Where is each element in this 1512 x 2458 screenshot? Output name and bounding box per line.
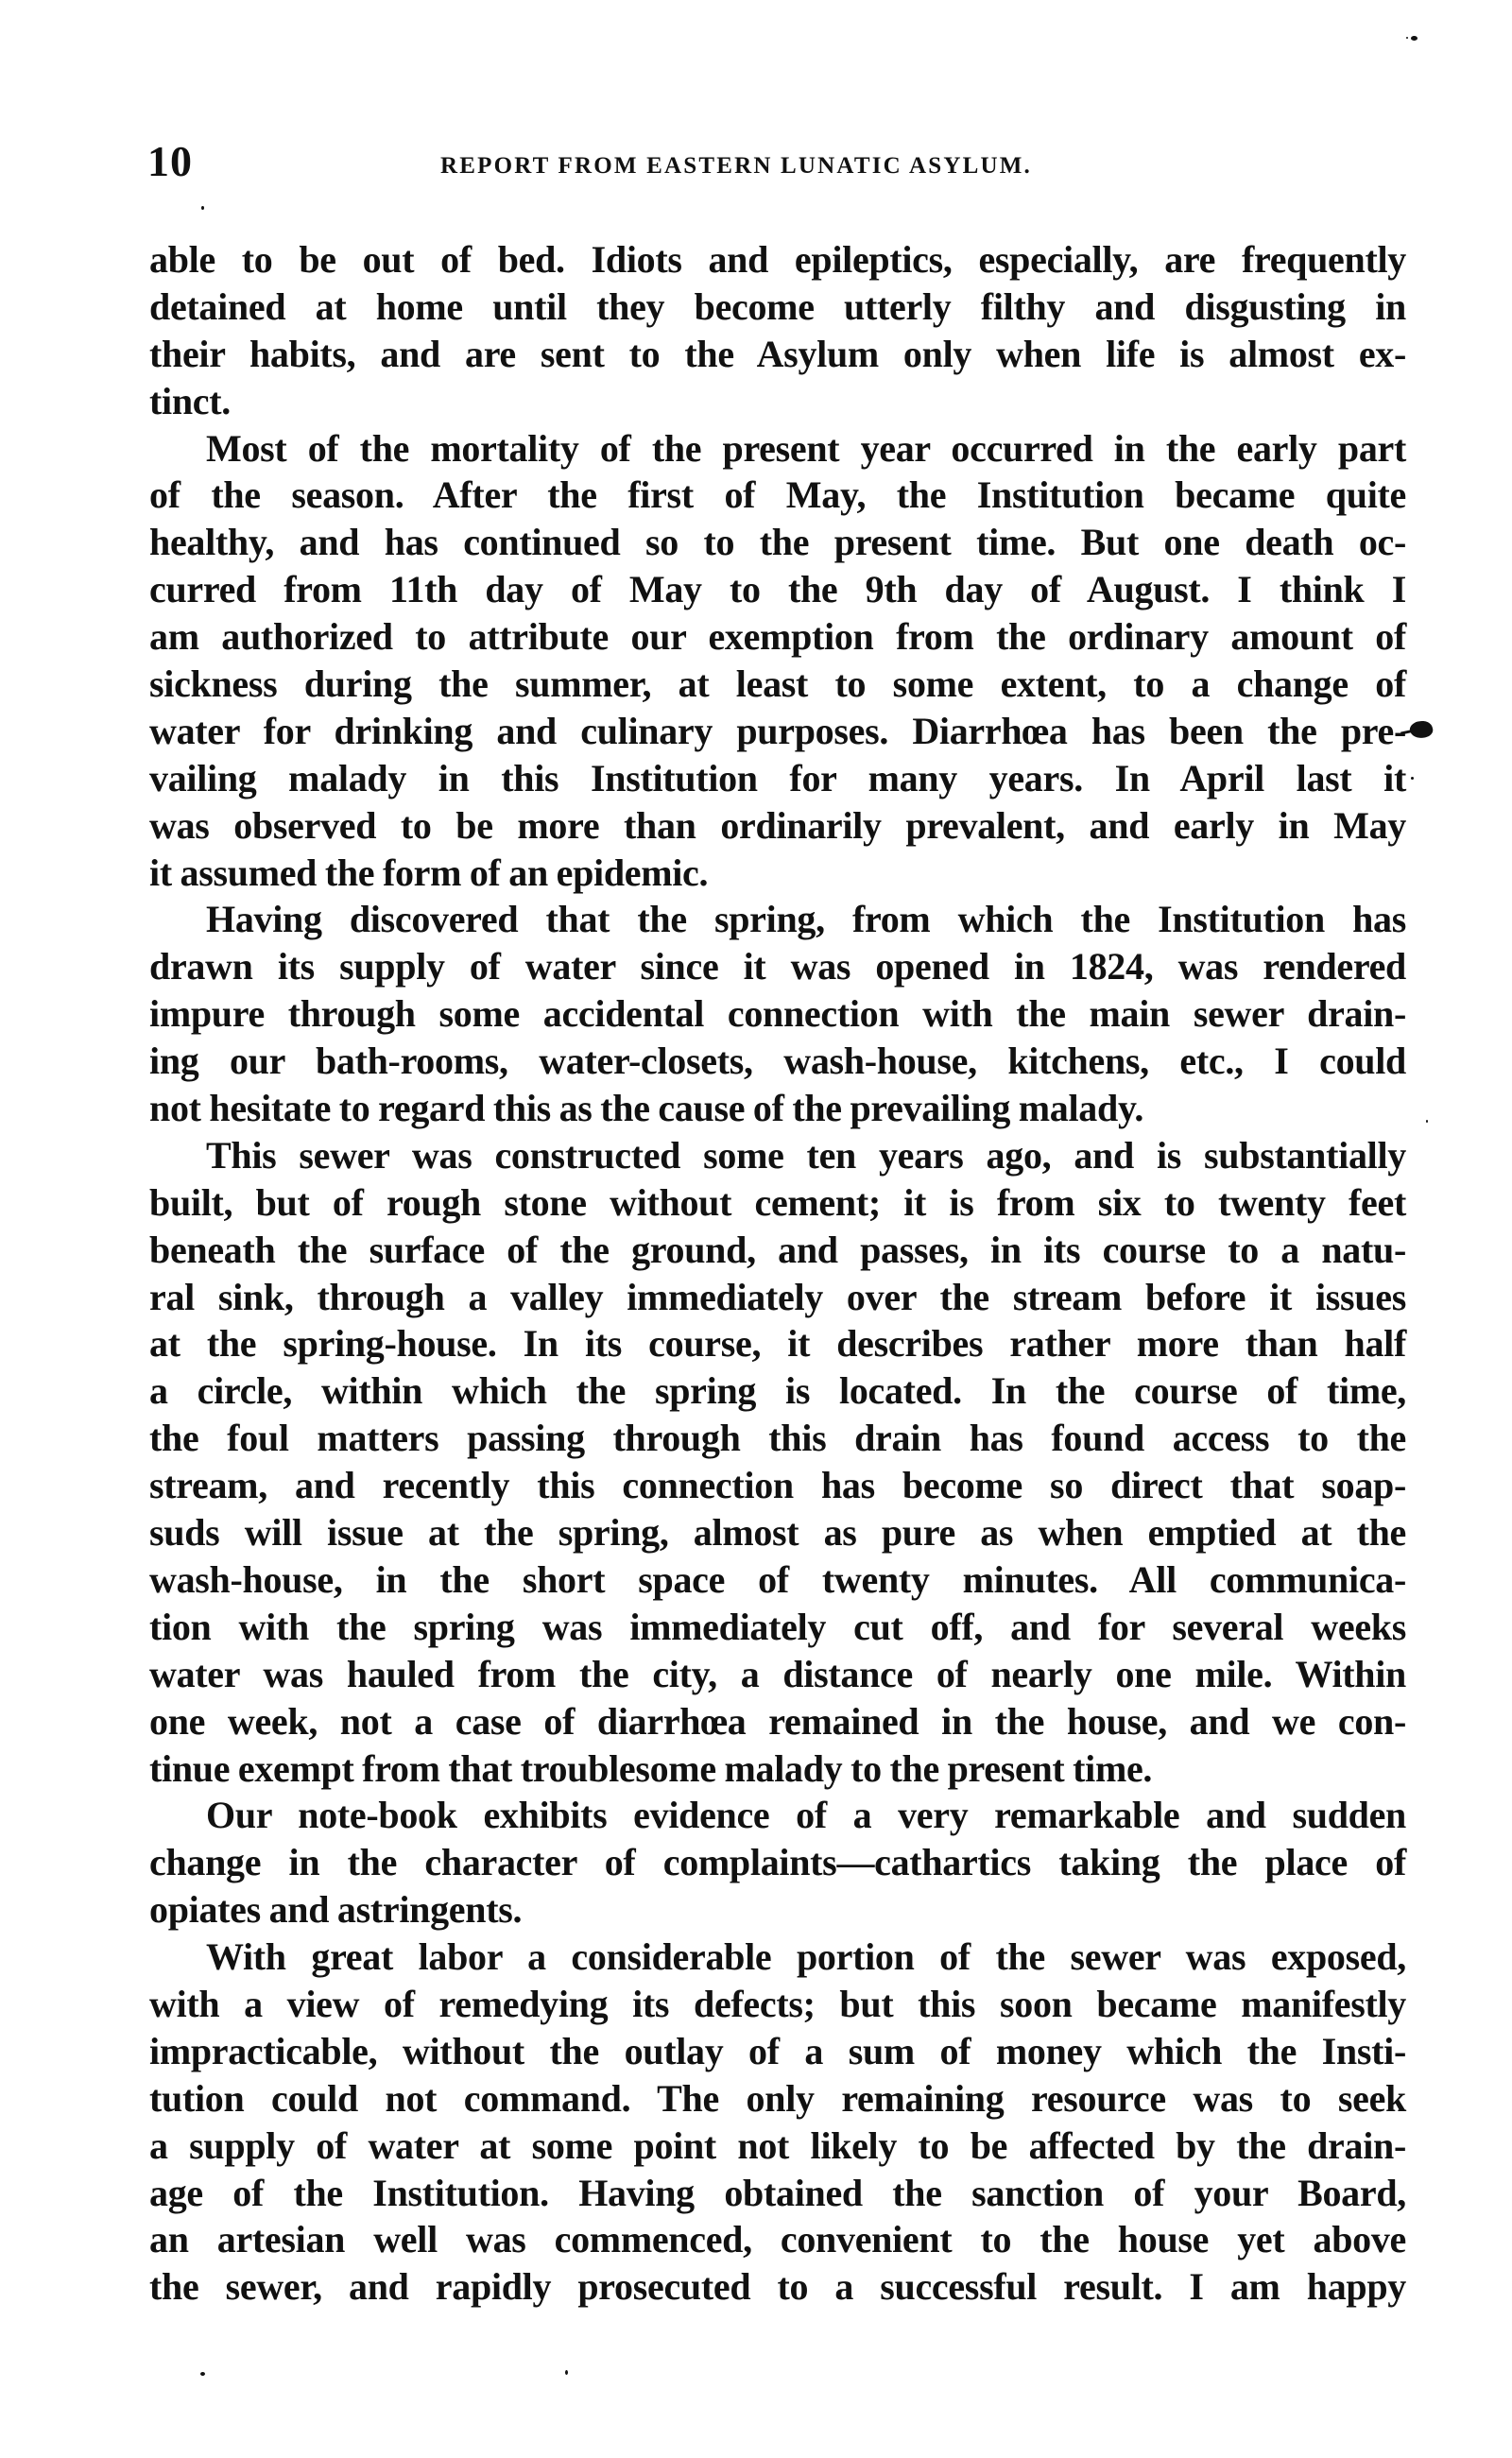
text-line: sickness during the summer, at least to … [149,661,1406,708]
text-line: ral sink, through a valley immediately o… [149,1274,1406,1321]
page-number: 10 [147,140,193,183]
text-line: tinct. [149,378,1406,425]
text-line: an artesian well was commenced, convenie… [149,2216,1406,2263]
print-speck [1426,1120,1428,1123]
text-line: impracticable, without the outlay of a s… [149,2028,1406,2075]
print-speck [200,2372,205,2376]
paragraph-first-line: This sewer was constructed some ten year… [149,1132,1406,1179]
print-speck [565,2370,568,2375]
text-line: age of the Institution. Having obtained … [149,2170,1406,2217]
text-line: opiates and astringents. [149,1886,1406,1934]
paragraph-first-line: Having discovered that the spring, from … [149,896,1406,943]
text-line: detained at home until they become utter… [149,284,1406,331]
print-speck [1411,777,1414,780]
text-line: tion with the spring was immediately cut… [149,1604,1406,1651]
print-speck [1411,36,1417,41]
text-line: of the season. After the first of May, t… [149,472,1406,519]
text-line: wash-house, in the short space of twenty… [149,1556,1406,1604]
text-line: was observed to be more than ordinarily … [149,802,1406,850]
text-line: tinue exempt from that troublesome malad… [149,1745,1406,1793]
text-line: able to be out of bed. Idiots and epilep… [149,236,1406,284]
text-line: the sewer, and rapidly prosecuted to a s… [149,2263,1406,2311]
text-line: tution could not command. The only remai… [149,2075,1406,2123]
print-speck [1406,37,1408,39]
text-line: am authorized to attribute our exemption… [149,613,1406,661]
text-line: healthy, and has continued so to the pre… [149,519,1406,566]
text-line: stream, and recently this connection has… [149,1462,1406,1509]
text-line: vailing malady in this Institution for m… [149,755,1406,802]
body-text: able to be out of bed. Idiots and epilep… [149,236,1406,2311]
text-line: the foul matters passing through this dr… [149,1415,1406,1462]
paragraph-first-line: Most of the mortality of the present yea… [149,425,1406,473]
ink-blot-mark [1408,719,1434,741]
paragraph-first-line: With great labor a considerable portion … [149,1934,1406,1981]
document-page: 10 REPORT FROM EASTERN LUNATIC ASYLUM. a… [0,0,1512,2458]
text-line: a circle, within which the spring is loc… [149,1367,1406,1415]
text-line: a supply of water at some point not like… [149,2123,1406,2170]
text-line: ing our bath-rooms, water-closets, wash-… [149,1038,1406,1085]
text-line: change in the character of complaints—ca… [149,1839,1406,1886]
print-speck [201,206,204,210]
text-line: their habits, and are sent to the Asylum… [149,331,1406,378]
text-line: water for drinking and culinary purposes… [149,708,1406,755]
text-line: at the spring-house. In its course, it d… [149,1320,1406,1367]
text-line: it assumed the form of an epidemic. [149,850,1406,897]
text-line: with a view of remedying its defects; bu… [149,1981,1406,2028]
text-line: curred from 11th day of May to the 9th d… [149,566,1406,613]
text-line: built, but of rough stone without cement… [149,1179,1406,1227]
running-head: REPORT FROM EASTERN LUNATIC ASYLUM. [440,154,1111,178]
text-line: one week, not a case of diarrhœa remaine… [149,1698,1406,1745]
text-line: impure through some accidental connectio… [149,990,1406,1038]
text-line: drawn its supply of water since it was o… [149,943,1406,990]
text-line: beneath the surface of the ground, and p… [149,1227,1406,1274]
text-line: not hesitate to regard this as the cause… [149,1085,1406,1132]
text-line: water was hauled from the city, a distan… [149,1651,1406,1698]
text-line: suds will issue at the spring, almost as… [149,1509,1406,1556]
paragraph-first-line: Our note-book exhibits evidence of a ver… [149,1792,1406,1839]
